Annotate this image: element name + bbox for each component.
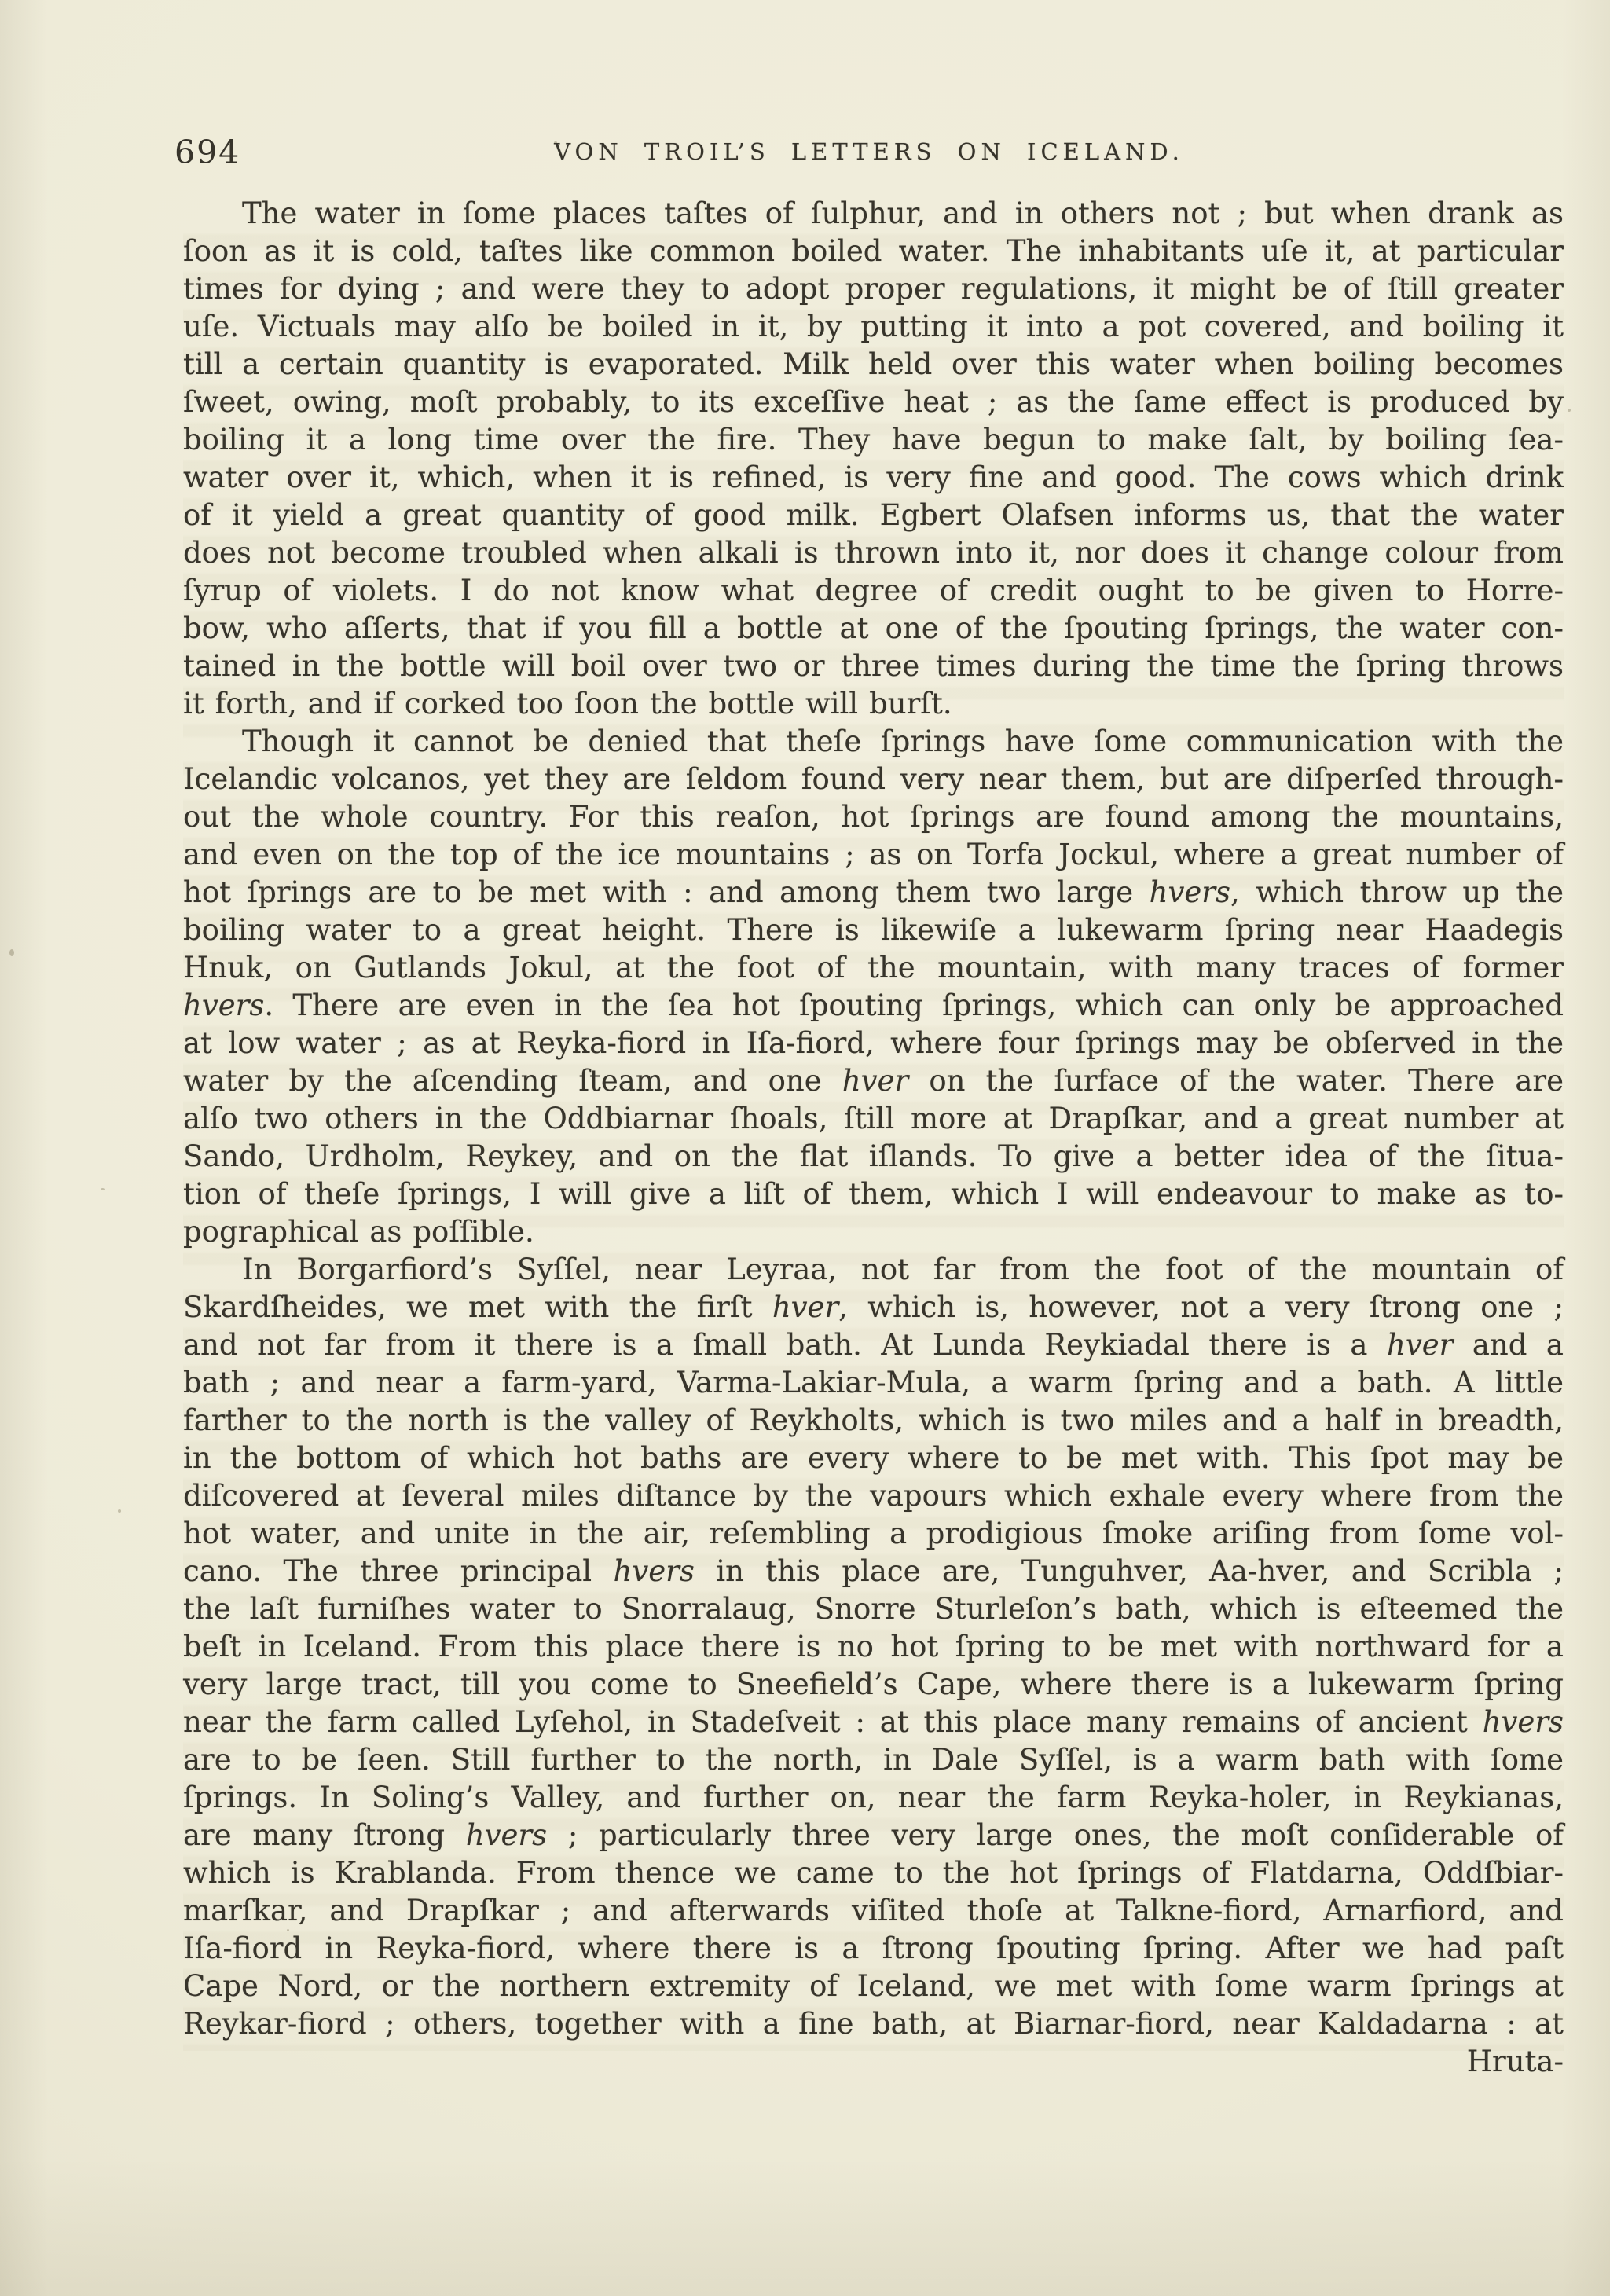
text-line: farther to the north is the valley of Re… xyxy=(183,1402,1564,1440)
text-line: Though it cannot be denied that theſe ſp… xyxy=(183,723,1564,761)
body-text: The water in ſome places taſtes of ſulph… xyxy=(183,195,1564,2081)
text-line: marſkar, and Drapſkar ; and afterwards v… xyxy=(183,1892,1564,1930)
text-line: times for dying ; and were they to adopt… xyxy=(183,270,1564,308)
text-line: tained in the bottle will boil over two … xyxy=(183,647,1564,685)
text-line: Skardſheides, we met with the firſt hver… xyxy=(183,1289,1564,1326)
text-line: Hnuk, on Gutlands Jokul, at the foot of … xyxy=(183,949,1564,987)
text-line: bath ; and near a farm-yard, Varma-Lakia… xyxy=(183,1364,1564,1402)
text-line: and even on the top of the ice mountains… xyxy=(183,836,1564,874)
text-line: at low water ; as at Reyka-fiord in Iſa-… xyxy=(183,1025,1564,1062)
text-line: Cape Nord, or the northern extremity of … xyxy=(183,1968,1564,2005)
text-line: very large tract, till you come to Sneef… xyxy=(183,1666,1564,1704)
paper-speck xyxy=(118,1509,121,1513)
text-line: Iſa-fiord in Reyka-fiord, where there is… xyxy=(183,1930,1564,1968)
text-line: The water in ſome places taſtes of ſulph… xyxy=(183,195,1564,233)
text-line: are to be ſeen. Still further to the nor… xyxy=(183,1741,1564,1779)
text-line: ſprings. In Soling’s Valley, and further… xyxy=(183,1779,1564,1817)
text-line: Sando, Urdholm, Reykey, and on the flat … xyxy=(183,1138,1564,1176)
text-line: out the whole country. For this reaſon, … xyxy=(183,798,1564,836)
text-line: does not become troubled when alkali is … xyxy=(183,534,1564,572)
text-line: ſoon as it is cold, taſtes like common b… xyxy=(183,233,1564,270)
running-title: VON TROIL’S LETTERS ON ICELAND. xyxy=(174,132,1564,165)
paper-speck xyxy=(9,949,14,956)
text-line: pographical as poſſible. xyxy=(183,1213,1564,1251)
text-line: Reykar-fiord ; others, together with a f… xyxy=(183,2005,1564,2043)
text-line: water over it, which, when it is refined… xyxy=(183,459,1564,497)
text-line: boiling water to a great height. There i… xyxy=(183,911,1564,949)
text-line: it forth, and if corked too ſoon the bot… xyxy=(183,685,1564,723)
text-line: In Borgarfiord’s Syſſel, near Leyraa, no… xyxy=(183,1251,1564,1289)
book-page: 694 VON TROIL’S LETTERS ON ICELAND. The … xyxy=(0,0,1610,2296)
text-line: Icelandic volcanos, yet they are ſeldom … xyxy=(183,761,1564,798)
text-line: bow, who aſſerts, that if you fill a bot… xyxy=(183,610,1564,647)
text-line: boiling it a long time over the fire. Th… xyxy=(183,421,1564,459)
text-line: ſyrup of violets. I do not know what deg… xyxy=(183,572,1564,610)
text-line: hot water, and unite in the air, reſembl… xyxy=(183,1515,1564,1553)
text-line: water by the aſcending ſteam, and one hv… xyxy=(183,1062,1564,1100)
paper-speck xyxy=(101,1188,105,1190)
text-line: which is Krablanda. From thence we came … xyxy=(183,1854,1564,1892)
paper-speck xyxy=(1568,409,1571,412)
text-line: in the bottom of which hot baths are eve… xyxy=(183,1440,1564,1477)
text-line: are many ſtrong hvers ; particularly thr… xyxy=(183,1817,1564,1854)
text-line: till a certain quantity is evaporated. M… xyxy=(183,346,1564,383)
text-line: near the farm called Lyſehol, in Stadeſv… xyxy=(183,1704,1564,1741)
text-line: hot ſprings are to be met with : and amo… xyxy=(183,874,1564,911)
text-line: hvers. There are even in the ſea hot ſpo… xyxy=(183,987,1564,1025)
text-line: uſe. Victuals may alſo be boiled in it, … xyxy=(183,308,1564,346)
text-line: of it yield a great quantity of good mil… xyxy=(183,497,1564,534)
text-line: the laſt furniſhes water to Snorralaug, … xyxy=(183,1590,1564,1628)
text-line: tion of theſe ſprings, I will give a liſ… xyxy=(183,1176,1564,1213)
text-line: beſt in Iceland. From this place there i… xyxy=(183,1628,1564,1666)
text-line: diſcovered at ſeveral miles diſtance by … xyxy=(183,1477,1564,1515)
catchword: Hruta- xyxy=(183,2043,1564,2081)
running-head: 694 VON TROIL’S LETTERS ON ICELAND. xyxy=(174,132,1564,173)
text-line: cano. The three principal hvers in this … xyxy=(183,1553,1564,1590)
page-number: 694 xyxy=(174,134,240,171)
text-line: alſo two others in the Oddbiarnar ſhoals… xyxy=(183,1100,1564,1138)
text-line: and not far from it there is a ſmall bat… xyxy=(183,1326,1564,1364)
text-line: ſweet, owing, moſt probably, to its exce… xyxy=(183,383,1564,421)
